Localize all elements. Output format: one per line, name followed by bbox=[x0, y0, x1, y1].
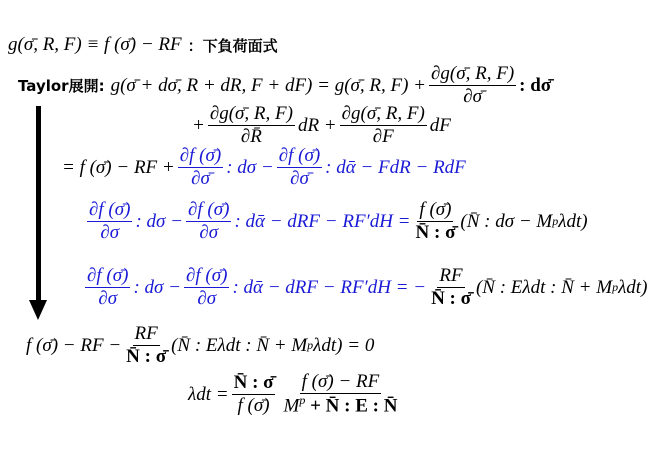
frac-den: ∂R̄ bbox=[239, 126, 264, 148]
den-m: M bbox=[283, 395, 299, 416]
frac-num: ∂f (σ̄) bbox=[186, 200, 231, 222]
taylor-expansion-equation: Taylor展開: g(σ̄ + dσ̄, R + dR, F + dF) = … bbox=[18, 64, 551, 108]
eq4-term-2: : dᾱ − FdR − RdF bbox=[325, 157, 466, 179]
frac-num: ∂f (σ̄) bbox=[85, 266, 130, 288]
eq2-lhs: g(σ̄ + dσ̄, R + dR, F + dF) = g(σ̄, R, F… bbox=[111, 75, 426, 97]
frac-den: Mp + N̄ : E : N̄ bbox=[281, 394, 399, 417]
eq7-lhs: f (σ̄) − RF − bbox=[26, 335, 121, 357]
frac-den: N̄ : σ̄ bbox=[124, 346, 168, 368]
consistency-equation-1: ∂f (σ̄) ∂σ : dσ − ∂f (σ̄) ∂σ : dᾱ − dRF … bbox=[84, 200, 588, 244]
frac-den: ∂σ bbox=[98, 222, 121, 244]
frac-num: ∂f (σ̄) bbox=[178, 146, 223, 168]
eq5-fraction-2: ∂f (σ̄) ∂σ bbox=[186, 200, 231, 244]
subloading-surface-equation: g(σ̄, R, F) ≡ f (σ̄) − RF ：下負荷面式 bbox=[8, 34, 278, 56]
taylor-label: Taylor展開: bbox=[18, 75, 105, 96]
eq6-fraction-1: ∂f (σ̄) ∂σ bbox=[85, 266, 130, 310]
frac-num: N̄ : σ̄ bbox=[232, 373, 276, 395]
frac-num: ∂f (σ̄) bbox=[87, 200, 132, 222]
frac-den: ∂σ bbox=[197, 222, 220, 244]
consistency-equation-2: ∂f (σ̄) ∂σ : dσ − ∂f (σ̄) ∂σ : dᾱ − dRF … bbox=[82, 266, 647, 310]
eq1-label: ：下負荷面式 bbox=[188, 35, 278, 56]
eq8-fraction-1: N̄ : σ̄ f (σ̄) bbox=[232, 373, 276, 417]
frac-den: ∂F bbox=[371, 126, 396, 148]
frac-num: ∂f (σ̄) bbox=[277, 146, 322, 168]
frac-den: ∂σ̄ bbox=[461, 86, 484, 108]
eq6-fraction-2: ∂f (σ̄) ∂σ bbox=[184, 266, 229, 310]
down-arrow-icon bbox=[29, 300, 47, 320]
eq5-term-2: : dᾱ − dRF − RF′dH = bbox=[234, 211, 410, 233]
eq3-fraction-2: ∂g(σ̄, R, F) ∂F bbox=[340, 104, 427, 148]
eq7-fraction: RF N̄ : σ̄ bbox=[124, 324, 168, 368]
eq5-fraction-1: ∂f (σ̄) ∂σ bbox=[87, 200, 132, 244]
down-arrow-shaft bbox=[36, 106, 41, 306]
plus: + bbox=[192, 115, 205, 137]
frac-den: f (σ̄) bbox=[236, 395, 272, 417]
eq8-fraction-2: f (σ̄) − RF Mp + N̄ : E : N̄ bbox=[281, 372, 399, 417]
eq8-lhs: λdt = bbox=[188, 384, 229, 406]
frac-den: ∂σ̄ bbox=[189, 168, 212, 190]
eq2-tail: : dσ̄ bbox=[519, 75, 551, 97]
eq6-fraction-3: RF N̄ : σ̄ bbox=[429, 266, 473, 310]
eq3-term-1: dR + bbox=[298, 115, 337, 137]
eq6-term-1: : dσ − bbox=[133, 277, 181, 299]
frac-num: ∂g(σ̄, R, F) bbox=[429, 64, 516, 86]
frac-den: N̄ : σ̄ bbox=[414, 222, 458, 244]
frac-num: ∂f (σ̄) bbox=[184, 266, 229, 288]
eq4-lhs: = f (σ̄) − RF + bbox=[62, 157, 175, 179]
eq6-term-3: (N̄ : Eλdt : N̄ + M bbox=[476, 277, 612, 299]
expanded-equation: = f (σ̄) − RF + ∂f (σ̄) ∂σ̄ : dσ − ∂f (σ… bbox=[62, 146, 466, 190]
combined-equation: f (σ̄) − RF − RF N̄ : σ̄ (N̄ : Eλdt : N̄… bbox=[26, 324, 374, 368]
eq5-term-4: λdt) bbox=[558, 211, 587, 233]
frac-den: N̄ : σ̄ bbox=[429, 288, 473, 310]
frac-num: RF bbox=[437, 266, 464, 288]
plastic-multiplier-equation: λdt = N̄ : σ̄ f (σ̄) f (σ̄) − RF Mp + N̄… bbox=[188, 372, 402, 417]
eq5-term-1: : dσ − bbox=[135, 211, 183, 233]
frac-den: ∂σ̄ bbox=[288, 168, 311, 190]
eq4-blue-part: ∂f (σ̄) ∂σ̄ : dσ − ∂f (σ̄) ∂σ̄ : dᾱ − Fd… bbox=[175, 146, 466, 190]
frac-num: RF bbox=[133, 324, 160, 346]
eq5-term-3: (N̄ : dσ − M bbox=[460, 211, 552, 233]
eq3-term-2: dF bbox=[430, 115, 451, 137]
den-rest: + N̄ : E : N̄ bbox=[305, 395, 397, 416]
eq4-fraction-2: ∂f (σ̄) ∂σ̄ bbox=[277, 146, 322, 190]
eq2-fraction: ∂g(σ̄, R, F) ∂σ̄ bbox=[429, 64, 516, 108]
frac-num: f (σ̄) bbox=[417, 200, 453, 222]
frac-den: ∂σ bbox=[195, 288, 218, 310]
taylor-continuation: + ∂g(σ̄, R, F) ∂R̄ dR + ∂g(σ̄, R, F) ∂F … bbox=[192, 104, 451, 148]
eq7-term-1: (N̄ : Eλdt : N̄ + M bbox=[171, 335, 307, 357]
eq7-term-2: λdt) = 0 bbox=[313, 335, 374, 357]
eq3-fraction-1: ∂g(σ̄, R, F) ∂R̄ bbox=[208, 104, 295, 148]
eq4-term-1: : dσ − bbox=[226, 157, 274, 179]
frac-den: ∂σ bbox=[96, 288, 119, 310]
frac-num: ∂g(σ̄, R, F) bbox=[208, 104, 295, 126]
frac-num: ∂g(σ̄, R, F) bbox=[340, 104, 427, 126]
eq4-fraction-1: ∂f (σ̄) ∂σ̄ bbox=[178, 146, 223, 190]
eq6-term-2: : dᾱ − dRF − RF′dH = − bbox=[232, 277, 426, 299]
eq6-term-4: λdt) bbox=[618, 277, 647, 299]
frac-num: f (σ̄) − RF bbox=[300, 372, 382, 394]
eq5-blue-part: ∂f (σ̄) ∂σ : dσ − ∂f (σ̄) ∂σ : dᾱ − dRF … bbox=[84, 200, 411, 244]
eq5-fraction-3: f (σ̄) N̄ : σ̄ bbox=[414, 200, 458, 244]
eq1-lhs: g(σ̄, R, F) ≡ f (σ̄) − RF bbox=[8, 34, 182, 56]
eq6-blue-part: ∂f (σ̄) ∂σ : dσ − ∂f (σ̄) ∂σ : dᾱ − dRF … bbox=[82, 266, 426, 310]
